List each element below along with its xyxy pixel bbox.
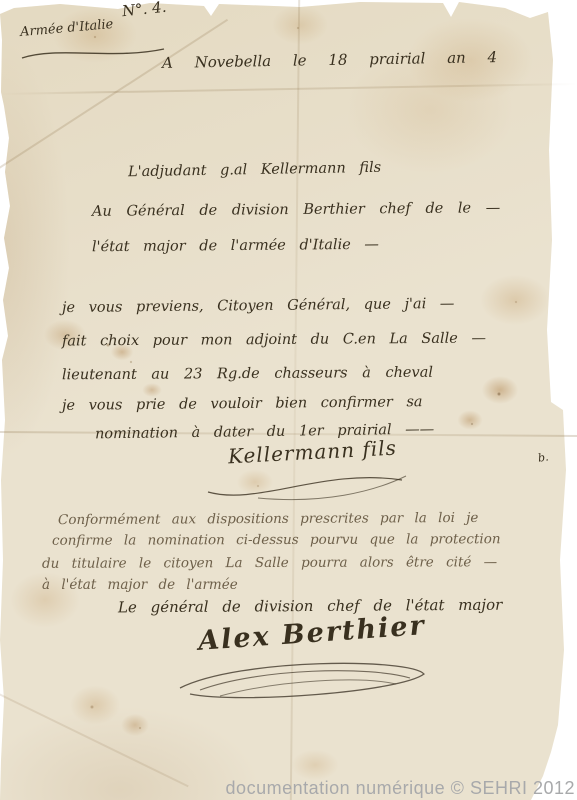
confirmation-line: du titulaire le citoyen La Salle pourra …	[42, 556, 497, 571]
confirmation-line: Conformément aux dispositions prescrites…	[58, 512, 478, 528]
body-line: je vous prie de vouloir bien confirmer s…	[62, 395, 423, 413]
confirmation-line: à l'état major de l'armée	[42, 579, 238, 593]
closing-line: Le général de division chef de l'état ma…	[118, 598, 502, 616]
recipient-line: Au Général de division Berthier chef de …	[92, 201, 500, 219]
digitization-watermark: documentation numérique © SEHRI 2012	[226, 778, 575, 799]
margin-mark: b.	[537, 451, 549, 463]
recipient-line: l'état major de l'armée d'Italie —	[92, 238, 379, 255]
body-line: fait choix pour mon adjoint du C.en La S…	[62, 332, 486, 349]
confirmation-line: confirme la nomination ci-dessus pourvu …	[52, 533, 501, 548]
scanned-letter-page: N°. 4. Armée d'Italie A Novebella le 18 …	[0, 0, 577, 800]
body-line: lieutenant au 23 Rg.de chasseurs à cheva…	[62, 366, 433, 383]
